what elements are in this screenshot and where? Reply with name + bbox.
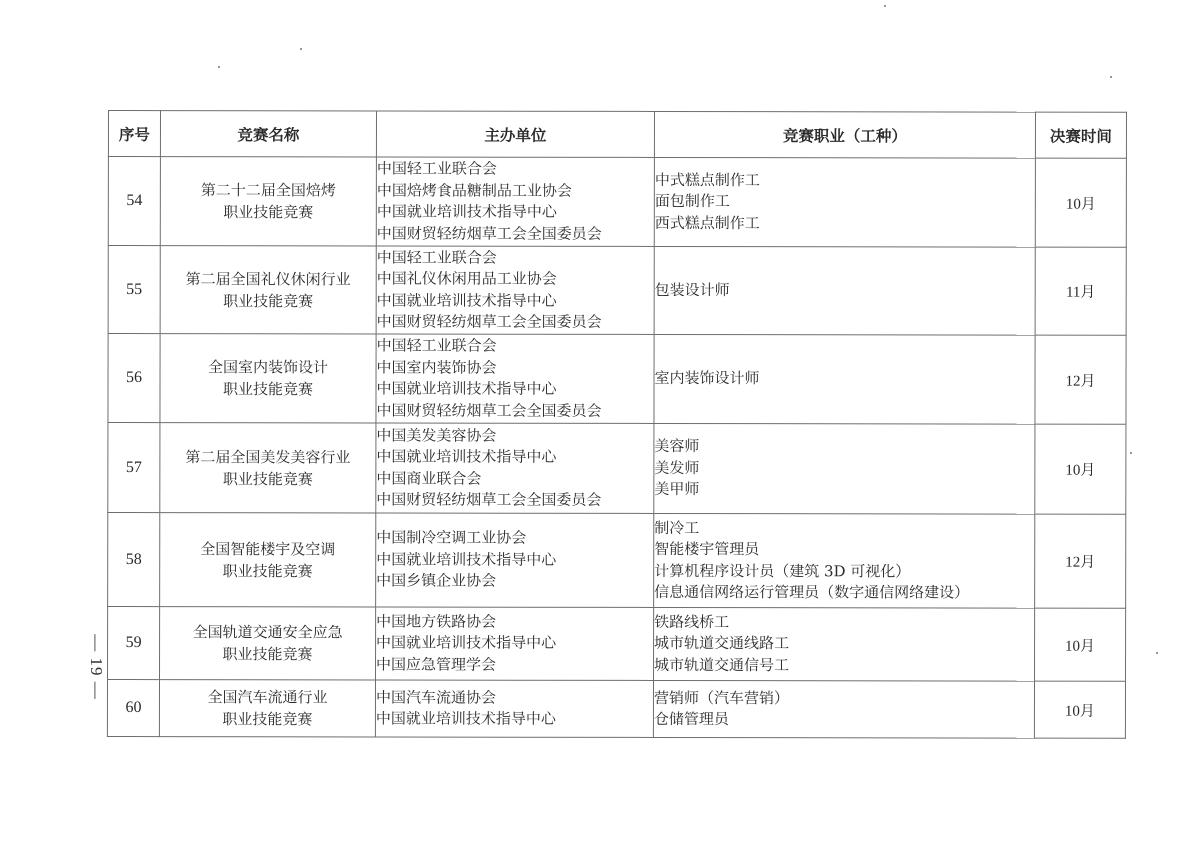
host-line: 中国就业培训技术指导中心: [377, 290, 654, 312]
host-line: 中国焙烤食品糖制品工业协会: [377, 180, 654, 202]
host-units: 中国轻工业联合会 中国室内装饰协会 中国就业培训技术指导中心 中国财贸轻纺烟草工…: [376, 334, 654, 423]
occupation-line: 制冷工: [654, 517, 1034, 539]
host-line: 中国就业培训技术指导中心: [376, 378, 653, 400]
occupations: 中式糕点制作工 面包制作工 西式糕点制作工: [654, 157, 1035, 247]
page-number: — 19 —: [84, 627, 108, 707]
occupation-line: 智能楼宇管理员: [654, 539, 1034, 561]
occupation-line: 美发师: [654, 458, 1034, 480]
competition-name: 全国智能楼宇及空调 职业技能竞赛: [160, 513, 376, 607]
name-line: 职业技能竞赛: [160, 378, 375, 400]
host-units: 中国轻工业联合会 中国焙烤食品糖制品工业协会 中国就业培训技术指导中心 中国财贸…: [376, 157, 654, 246]
occupations: 营销师（汽车营销） 仓储管理员: [653, 680, 1034, 738]
host-line: 中国就业培训技术指导中心: [377, 201, 654, 223]
name-line: 第二十二届全国焙烤: [161, 179, 376, 201]
occupation-line: 美容师: [654, 436, 1034, 458]
host-line: 中国财贸轻纺烟草工会全国委员会: [377, 311, 654, 333]
occupation-line: 计算机程序设计员（建筑 3D 可视化）: [654, 560, 1034, 582]
occupations: 室内装饰设计师: [654, 334, 1035, 424]
table-row: 57 第二届全国美发美容行业 职业技能竞赛 中国美发美容协会 中国就业培训技术指…: [108, 423, 1126, 515]
table-row: 55 第二届全国礼仪休闲行业 职业技能竞赛 中国轻工业联合会 中国礼仪休闲用品工…: [108, 246, 1126, 336]
host-line: 中国轻工业联合会: [377, 335, 654, 357]
competition-name: 全国轨道交通安全应急 职业技能竞赛: [160, 607, 376, 680]
final-time: 10月: [1035, 608, 1126, 681]
header-row: 序号 竞赛名称 主办单位 竞赛职业（工种） 决赛时间: [108, 111, 1126, 159]
scan-speck: [218, 66, 220, 68]
host-line: 中国轻工业联合会: [377, 158, 654, 180]
name-line: 职业技能竞赛: [161, 201, 376, 223]
scan-speck: [1130, 452, 1132, 454]
final-time: 11月: [1035, 247, 1126, 335]
occupations: 制冷工 智能楼宇管理员 计算机程序设计员（建筑 3D 可视化） 信息通信网络运行…: [654, 513, 1035, 608]
table-row: 60 全国汽车流通行业 职业技能竞赛 中国汽车流通协会 中国就业培训技术指导中心…: [107, 680, 1125, 739]
occupation-line: 面包制作工: [655, 191, 1035, 213]
host-units: 中国美发美容协会 中国就业培训技术指导中心 中国商业联合会 中国财贸轻纺烟草工会…: [376, 423, 654, 513]
name-line: 职业技能竞赛: [160, 643, 375, 665]
header-no: 序号: [108, 111, 160, 157]
final-time: 12月: [1035, 514, 1126, 608]
name-line: 全国智能楼宇及空调: [160, 538, 375, 560]
name-line: 全国汽车流通行业: [160, 686, 375, 708]
table-row: 56 全国室内装饰设计 职业技能竞赛 中国轻工业联合会 中国室内装饰协会 中国就…: [108, 334, 1126, 425]
name-line: 职业技能竞赛: [160, 468, 375, 490]
occupation-line: 城市轨道交通线路工: [654, 633, 1034, 655]
table-body: 54 第二十二届全国焙烤 职业技能竞赛 中国轻工业联合会 中国焙烤食品糖制品工业…: [107, 157, 1126, 739]
occupation-line: 仓储管理员: [654, 709, 1034, 731]
row-number: 56: [108, 334, 160, 423]
host-line: 中国制冷空调工业协会: [376, 528, 653, 550]
competition-name: 全国室内装饰设计 职业技能竞赛: [160, 334, 376, 423]
host-line: 中国商业联合会: [376, 468, 653, 490]
host-line: 中国财贸轻纺烟草工会全国委员会: [376, 400, 653, 422]
host-line: 中国财贸轻纺烟草工会全国委员会: [376, 489, 653, 511]
occupation-line: 营销师（汽车营销）: [654, 687, 1034, 709]
table-row: 58 全国智能楼宇及空调 职业技能竞赛 中国制冷空调工业协会 中国就业培训技术指…: [108, 513, 1126, 609]
occupation-line: 室内装饰设计师: [655, 368, 1035, 390]
host-line: 中国就业培训技术指导中心: [376, 549, 653, 571]
scan-speck: [884, 5, 886, 7]
host-line: 中国室内装饰协会: [377, 357, 654, 379]
name-line: 职业技能竞赛: [160, 708, 375, 730]
host-line: 中国乡镇企业协会: [376, 571, 653, 593]
competition-table: 序号 竞赛名称 主办单位 竞赛职业（工种） 决赛时间 54 第二十二届全国焙烤 …: [107, 110, 1127, 739]
header-final-time: 决赛时间: [1035, 112, 1126, 158]
header-occupation: 竞赛职业（工种）: [654, 111, 1035, 158]
name-line: 第二届全国美发美容行业: [160, 446, 375, 468]
occupations: 铁路线桥工 城市轨道交通线路工 城市轨道交通信号工: [654, 607, 1035, 681]
host-units: 中国制冷空调工业协会 中国就业培训技术指导中心 中国乡镇企业协会: [376, 513, 654, 607]
occupation-line: 包装设计师: [655, 280, 1035, 302]
competition-name: 第二十二届全国焙烤 职业技能竞赛: [160, 157, 376, 246]
host-units: 中国汽车流通协会 中国就业培训技术指导中心: [375, 680, 653, 737]
row-number: 58: [108, 513, 160, 607]
scan-speck: [1110, 76, 1112, 78]
occupations: 美容师 美发师 美甲师: [654, 423, 1035, 514]
host-units: 中国轻工业联合会 中国礼仪休闲用品工业协会 中国就业培训技术指导中心 中国财贸轻…: [376, 246, 654, 334]
name-line: 职业技能竞赛: [161, 290, 376, 312]
occupation-line: 信息通信网络运行管理员（数字通信网络建设）: [654, 582, 1034, 604]
host-line: 中国汽车流通协会: [376, 687, 653, 709]
occupations: 包装设计师: [654, 246, 1035, 335]
name-line: 全国轨道交通安全应急: [160, 621, 375, 643]
final-time: 12月: [1035, 335, 1126, 424]
host-line: 中国财贸轻纺烟草工会全国委员会: [377, 223, 654, 245]
occupation-line: 西式糕点制作工: [655, 213, 1035, 235]
name-line: 第二届全国礼仪休闲行业: [161, 268, 376, 290]
row-number: 54: [108, 157, 160, 246]
header-host: 主办单位: [376, 111, 654, 157]
scan-speck: [300, 48, 302, 50]
row-number: 59: [108, 607, 160, 680]
host-line: 中国轻工业联合会: [377, 247, 654, 269]
final-time: 10月: [1035, 158, 1126, 247]
name-line: 职业技能竞赛: [160, 560, 375, 582]
row-number: 57: [108, 423, 160, 513]
occupation-line: 铁路线桥工: [654, 612, 1034, 634]
table-row: 59 全国轨道交通安全应急 职业技能竞赛 中国地方铁路协会 中国就业培训技术指导…: [108, 607, 1126, 682]
row-number: 55: [108, 246, 160, 334]
host-units: 中国地方铁路协会 中国就业培训技术指导中心 中国应急管理学会: [376, 607, 654, 680]
host-line: 中国美发美容协会: [376, 425, 653, 447]
host-line: 中国就业培训技术指导中心: [376, 446, 653, 468]
host-line: 中国就业培训技术指导中心: [376, 633, 653, 655]
competition-name: 第二届全国美发美容行业 职业技能竞赛: [160, 423, 376, 513]
occupation-line: 中式糕点制作工: [655, 170, 1035, 192]
final-time: 10月: [1035, 424, 1126, 514]
table-row: 54 第二十二届全国焙烤 职业技能竞赛 中国轻工业联合会 中国焙烤食品糖制品工业…: [108, 157, 1126, 248]
host-line: 中国地方铁路协会: [376, 611, 653, 633]
scan-speck: [1156, 652, 1158, 654]
row-number: 60: [107, 680, 159, 737]
occupation-line: 城市轨道交通信号工: [654, 655, 1034, 677]
host-line: 中国应急管理学会: [376, 654, 653, 676]
competition-name: 第二届全国礼仪休闲行业 职业技能竞赛: [160, 246, 376, 334]
competition-name: 全国汽车流通行业 职业技能竞赛: [159, 680, 375, 737]
final-time: 10月: [1034, 681, 1125, 738]
host-line: 中国就业培训技术指导中心: [376, 708, 653, 730]
occupation-line: 美甲师: [654, 479, 1034, 501]
header-name: 竞赛名称: [160, 111, 376, 157]
name-line: 全国室内装饰设计: [161, 356, 376, 378]
host-line: 中国礼仪休闲用品工业协会: [377, 268, 654, 290]
